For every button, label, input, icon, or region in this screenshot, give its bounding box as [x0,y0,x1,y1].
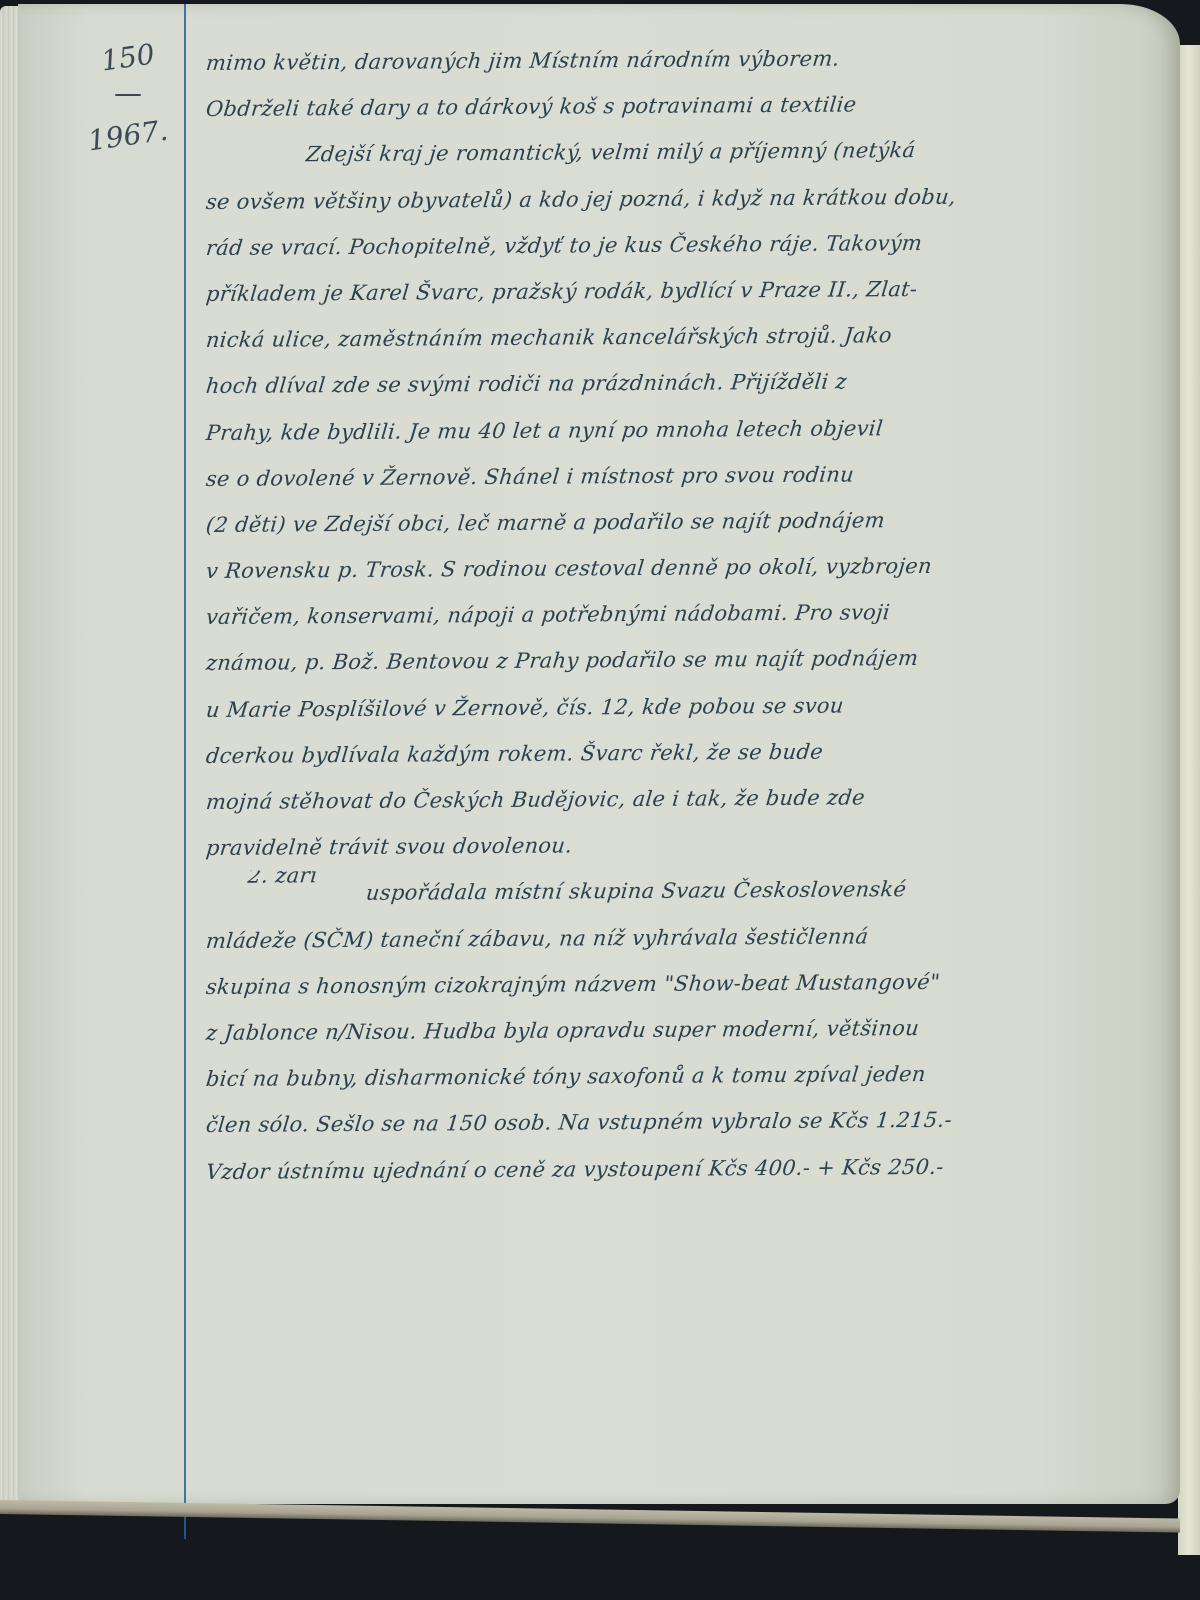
text-line: rád se vrací. Pochopitelně, vždyť to je … [204,218,1159,271]
text-line: Zdejší kraj je romantický, velmi milý a … [204,126,1159,179]
text-line: nická ulice, zaměstnáním mechanik kancel… [204,310,1159,363]
handwritten-body: mimo květin, darovaných jim Místním náro… [206,40,1156,1195]
text-line: dcerkou bydlívala každým rokem. Švarc ře… [204,726,1159,779]
text-line: mojná stěhovat do Českých Budějovic, ale… [204,772,1159,825]
entry-first-line: 2. záříuspořádala místní skupina Svazu Č… [204,865,1159,918]
text-line: pravidelně trávit svou dovolenou. [204,819,1159,872]
photo-scene: 150 1967. mimo květin, darovaných jim Mí… [0,0,1200,1600]
margin-dash [115,94,141,96]
text-line: z Jablonce n/Nisou. Hudba byla opravdu s… [204,1003,1159,1056]
margin-annotation: 150 1967. [78,44,178,150]
text-line: se ovšem většiny obyvatelů) a kdo jej po… [204,172,1159,225]
text-line: uspořádala místní skupina Svazu Českoslo… [365,877,908,905]
text-line: příkladem je Karel Švarc, pražský rodák,… [204,264,1159,317]
text-line: člen sólo. Sešlo se na 150 osob. Na vstu… [204,1096,1159,1149]
year: 1967. [77,115,180,157]
text-line: hoch dlíval zde se svými rodiči na prázd… [204,357,1159,410]
text-line: mimo květin, darovaných jim Místním náro… [204,33,1159,86]
text-line: bicí na bubny, disharmonické tóny saxofo… [204,1049,1159,1102]
page-number: 150 [77,37,180,79]
text-line: Vzdor ústnímu ujednání o ceně za vystoup… [204,1142,1159,1195]
text-line: v Rovensku p. Trosk. S rodinou cestoval … [204,541,1159,594]
text-line: u Marie Posplíšilové v Žernově, čís. 12,… [204,680,1159,733]
chronicle-page: 150 1967. mimo květin, darovaných jim Mí… [18,4,1180,1504]
text-line: se o dovolené v Žernově. Shánel i místno… [204,449,1159,502]
text-line: Prahy, kde bydlili. Je mu 40 let a nyní … [204,403,1159,456]
text-line: skupina s honosným cizokrajným názvem "S… [204,957,1159,1010]
text-line: (2 děti) ve Zdejší obci, leč marně a pod… [204,495,1159,548]
text-line: mládeže (SČM) taneční zábavu, na níž vyh… [204,911,1159,964]
text-line: vařičem, konservami, nápoji a potřebnými… [204,588,1159,641]
text-line: Obdrželi také dary a to dárkový koš s po… [204,80,1159,133]
page-bottom-edge [0,1500,1180,1533]
entry-date: 2. září [246,865,371,900]
next-page-edge [1178,45,1200,1555]
margin-rule [184,4,186,1539]
text-line: známou, p. Bož. Bentovou z Prahy podařil… [204,634,1159,687]
